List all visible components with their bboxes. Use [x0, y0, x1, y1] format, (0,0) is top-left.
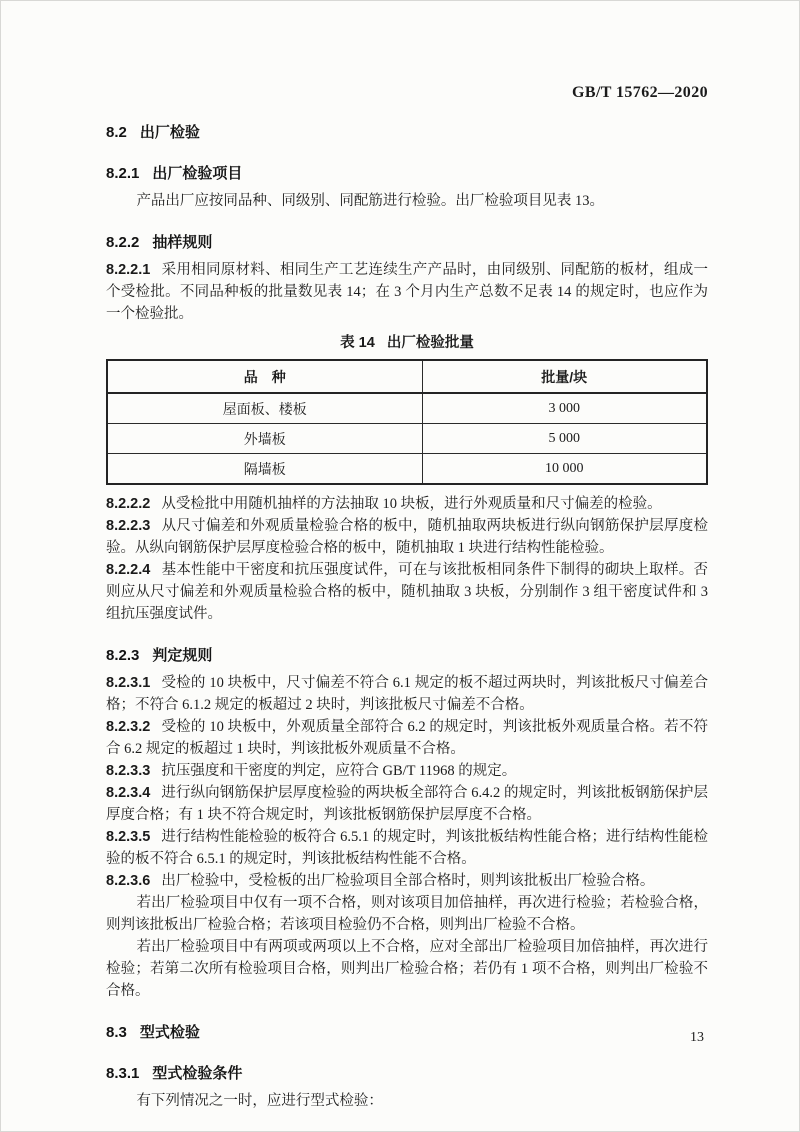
- paragraph: 若出厂检验项目中仅有一项不合格，则对该项目加倍抽样，再次进行检验；若检验合格，则…: [106, 892, 708, 936]
- clause-text: 基本性能中干密度和抗压强度试件，可在与该批板相同条件下制得的砌块上取样。否则应从…: [106, 562, 708, 622]
- heading-8-3: 8.3型式检验: [106, 1022, 708, 1043]
- heading-number: 8.3.1: [106, 1065, 139, 1082]
- clause-text: 抗压强度和干密度的判定，应符合 GB/T 11968 的规定。: [161, 763, 516, 779]
- heading-title: 型式检验: [140, 1024, 200, 1041]
- clause-text: 受检的 10 块板中，外观质量全部符合 6.2 的规定时，判该批板外观质量合格。…: [106, 719, 708, 757]
- clause-8-2-3-4: 8.2.3.4进行纵向钢筋保护层厚度检验的两块板全部符合 6.4.2 的规定时，…: [106, 782, 708, 826]
- table-row: 隔墙板 10 000: [107, 454, 707, 485]
- heading-title: 出厂检验: [140, 124, 200, 141]
- clause-number: 8.2.3.6: [106, 873, 150, 889]
- cell-batch: 3 000: [422, 393, 707, 424]
- paragraph: 有下列情况之一时，应进行型式检验：: [106, 1090, 708, 1112]
- heading-number: 8.3: [106, 1024, 127, 1041]
- clause-8-2-3-3: 8.2.3.3抗压强度和干密度的判定，应符合 GB/T 11968 的规定。: [106, 760, 708, 782]
- heading-8-2-2: 8.2.2抽样规则: [106, 232, 708, 253]
- clause-8-2-3-6: 8.2.3.6出厂检验中，受检板的出厂检验项目全部合格时，则判该批板出厂检验合格…: [106, 870, 708, 892]
- column-header-batch-per-piece: 批量/块: [422, 360, 707, 393]
- heading-8-2: 8.2出厂检验: [106, 122, 708, 143]
- cell-variety: 外墙板: [107, 424, 422, 454]
- clause-text: 进行结构性能检验的板符合 6.5.1 的规定时，判该批板结构性能合格；进行结构性…: [106, 829, 708, 867]
- clause-number: 8.2.3.2: [106, 719, 150, 735]
- clause-8-2-2-1: 8.2.2.1采用相同原材料、相同生产工艺连续生产产品时，由同级别、同配筋的板材…: [106, 259, 708, 325]
- heading-number: 8.2.2: [106, 234, 139, 251]
- heading-number: 8.2: [106, 124, 127, 141]
- paragraph: 若出厂检验项目中有两项或两项以上不合格，应对全部出厂检验项目加倍抽样，再次进行检…: [106, 936, 708, 1002]
- clause-number: 8.2.3.4: [106, 785, 150, 801]
- clause-text: 受检的 10 块板中，尺寸偏差不符合 6.1 规定的板不超过两块时，判该批板尺寸…: [106, 675, 708, 713]
- clause-8-2-3-2: 8.2.3.2受检的 10 块板中，外观质量全部符合 6.2 的规定时，判该批板…: [106, 716, 708, 760]
- table-caption: 表 14出厂检验批量: [106, 333, 708, 353]
- heading-title: 判定规则: [152, 647, 212, 664]
- cell-batch: 5 000: [422, 424, 707, 454]
- table-row: 外墙板 5 000: [107, 424, 707, 454]
- clause-number: 8.2.2.1: [106, 262, 150, 278]
- clause-8-2-2-2: 8.2.2.2从受检批中用随机抽样的方法抽取 10 块板，进行外观质量和尺寸偏差…: [106, 493, 708, 515]
- clause-8-2-2-3: 8.2.2.3从尺寸偏差和外观质量检验合格的板中，随机抽取两块板进行纵向钢筋保护…: [106, 515, 708, 559]
- clause-text: 采用相同原材料、相同生产工艺连续生产产品时，由同级别、同配筋的板材，组成一个受检…: [106, 262, 708, 322]
- clause-text: 从受检批中用随机抽样的方法抽取 10 块板，进行外观质量和尺寸偏差的检验。: [161, 496, 661, 512]
- clause-number: 8.2.3.1: [106, 675, 150, 691]
- clause-text: 出厂检验中，受检板的出厂检验项目全部合格时，则判该批板出厂检验合格。: [161, 873, 654, 889]
- table-caption-title: 出厂检验批量: [387, 335, 474, 351]
- clause-number: 8.2.2.2: [106, 496, 150, 512]
- heading-title: 抽样规则: [152, 234, 212, 251]
- heading-8-2-3: 8.2.3判定规则: [106, 645, 708, 666]
- clause-number: 8.2.3.5: [106, 829, 150, 845]
- heading-number: 8.2.1: [106, 165, 139, 182]
- table-14-batch-quantities: 品 种 批量/块 屋面板、楼板 3 000 外墙板 5 000 隔墙板 10 0…: [106, 359, 708, 485]
- heading-8-2-1: 8.2.1出厂检验项目: [106, 163, 708, 184]
- clause-8-2-3-5: 8.2.3.5进行结构性能检验的板符合 6.5.1 的规定时，判该批板结构性能合…: [106, 826, 708, 870]
- doc-number: GB/T 15762—2020: [106, 84, 708, 102]
- clause-number: 8.2.2.4: [106, 562, 150, 578]
- paragraph: 产品出厂应按同品种、同级别、同配筋进行检验。出厂检验项目见表 13。: [106, 190, 708, 212]
- clause-text: 从尺寸偏差和外观质量检验合格的板中，随机抽取两块板进行纵向钢筋保护层厚度检验。从…: [106, 518, 708, 556]
- heading-title: 型式检验条件: [152, 1065, 242, 1082]
- cell-batch: 10 000: [422, 454, 707, 485]
- clause-number: 8.2.3.3: [106, 763, 150, 779]
- page-number: 13: [690, 1030, 704, 1046]
- cell-variety: 屋面板、楼板: [107, 393, 422, 424]
- table-header-row: 品 种 批量/块: [107, 360, 707, 393]
- heading-title: 出厂检验项目: [152, 165, 242, 182]
- document-page: GB/T 15762—2020 8.2出厂检验 8.2.1出厂检验项目 产品出厂…: [0, 0, 800, 1132]
- cell-variety: 隔墙板: [107, 454, 422, 485]
- table-row: 屋面板、楼板 3 000: [107, 393, 707, 424]
- column-header-variety: 品 种: [107, 360, 422, 393]
- clause-8-2-3-1: 8.2.3.1受检的 10 块板中，尺寸偏差不符合 6.1 规定的板不超过两块时…: [106, 672, 708, 716]
- clause-8-2-2-4: 8.2.2.4基本性能中干密度和抗压强度试件，可在与该批板相同条件下制得的砌块上…: [106, 559, 708, 625]
- heading-number: 8.2.3: [106, 647, 139, 664]
- clause-text: 进行纵向钢筋保护层厚度检验的两块板全部符合 6.4.2 的规定时，判该批板钢筋保…: [106, 785, 708, 823]
- table-caption-label: 表 14: [340, 335, 375, 351]
- heading-8-3-1: 8.3.1型式检验条件: [106, 1063, 708, 1084]
- clause-number: 8.2.2.3: [106, 518, 150, 534]
